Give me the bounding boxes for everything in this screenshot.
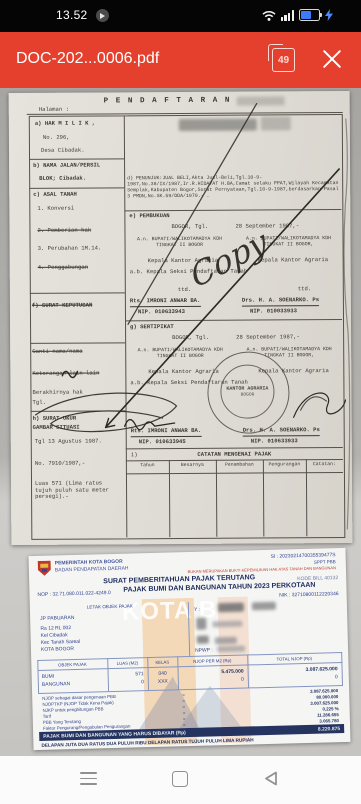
status-bar: 13.52 xyxy=(0,0,361,32)
agency-line-2: BADAN PENDAPATAN DAERAH xyxy=(55,566,129,574)
row-bumi-label: BUMI xyxy=(42,674,55,680)
letak-line-4: Kec Tanah Sareal xyxy=(41,639,81,646)
row-bangunan-kelas: XXX xyxy=(148,678,178,685)
signal-icon xyxy=(281,10,294,21)
total-due-value: 8.220.875 xyxy=(318,726,340,733)
city-logo xyxy=(38,561,51,576)
row-bumi-total: 3.087.625.000 xyxy=(248,666,338,674)
total-due-label: PAJAK BUMI DAN BANGUNAN YANG HARUS DIBAY… xyxy=(43,730,186,740)
row-bumi-njop: 5.475.000 xyxy=(178,669,244,677)
charging-bolt-icon xyxy=(325,9,333,21)
notification-icon xyxy=(96,9,109,22)
letak-line-3: Kel Cibadak xyxy=(41,632,68,639)
page-count-label: 49 xyxy=(278,55,289,66)
pdf-page-area[interactable]: P E N D A F T A R A N Halaman : a) HAK M… xyxy=(0,88,361,756)
battery-icon xyxy=(299,9,320,21)
nik-number: NIK : 32710800112220346 xyxy=(279,591,339,599)
pdf-viewer-header: DOC-202...0006.pdf 49 xyxy=(0,32,361,88)
row-bangunan-njop: 0 xyxy=(178,677,244,685)
col-luas: LUAS (M2) xyxy=(107,660,147,667)
npwp-label: NPWP : xyxy=(195,647,213,653)
letak-line-5: KOTA BOGOR xyxy=(41,646,74,653)
col-kelas: KELAS xyxy=(147,659,177,666)
clock: 13.52 xyxy=(56,8,88,22)
recents-button[interactable] xyxy=(80,772,97,785)
row-bangunan-luas: 0 xyxy=(108,679,144,686)
scanned-page-pendaftaran: P E N D A F T A R A N Halaman : a) HAK M… xyxy=(9,91,353,545)
wifi-icon xyxy=(262,10,276,21)
back-button[interactable] xyxy=(264,771,278,786)
letak-line-2: Ra 12 RL 002 xyxy=(40,625,71,632)
android-nav-bar xyxy=(0,756,361,804)
signature-scribbles xyxy=(9,91,353,545)
document-title: DOC-202...0006.pdf xyxy=(16,50,159,68)
wajib-pajak-marker: Y : xyxy=(194,607,200,613)
letak-line-1: JP PABUARAN xyxy=(40,615,74,622)
row-bangunan-total: 0 xyxy=(248,674,338,682)
warning-text: BUKAN MERUPAKAN BUKTI KEPEMILIKAN HAK AT… xyxy=(188,565,336,575)
row-bumi-luas: 571 xyxy=(108,671,144,678)
close-icon[interactable] xyxy=(321,48,343,70)
scanned-page-sppt-pbb: KOTA B PEMERINTAH KOTA BOGOR BADAN PENDA… xyxy=(29,548,351,750)
row-bumi-kelas: 040 xyxy=(148,670,178,677)
home-button[interactable] xyxy=(172,771,188,787)
page-count-button[interactable]: 49 xyxy=(272,48,295,72)
row-bangunan-label: BANGUNAN xyxy=(42,681,70,688)
summary-label-njkp: NJKP untuk penghitungan PBB xyxy=(42,706,103,714)
